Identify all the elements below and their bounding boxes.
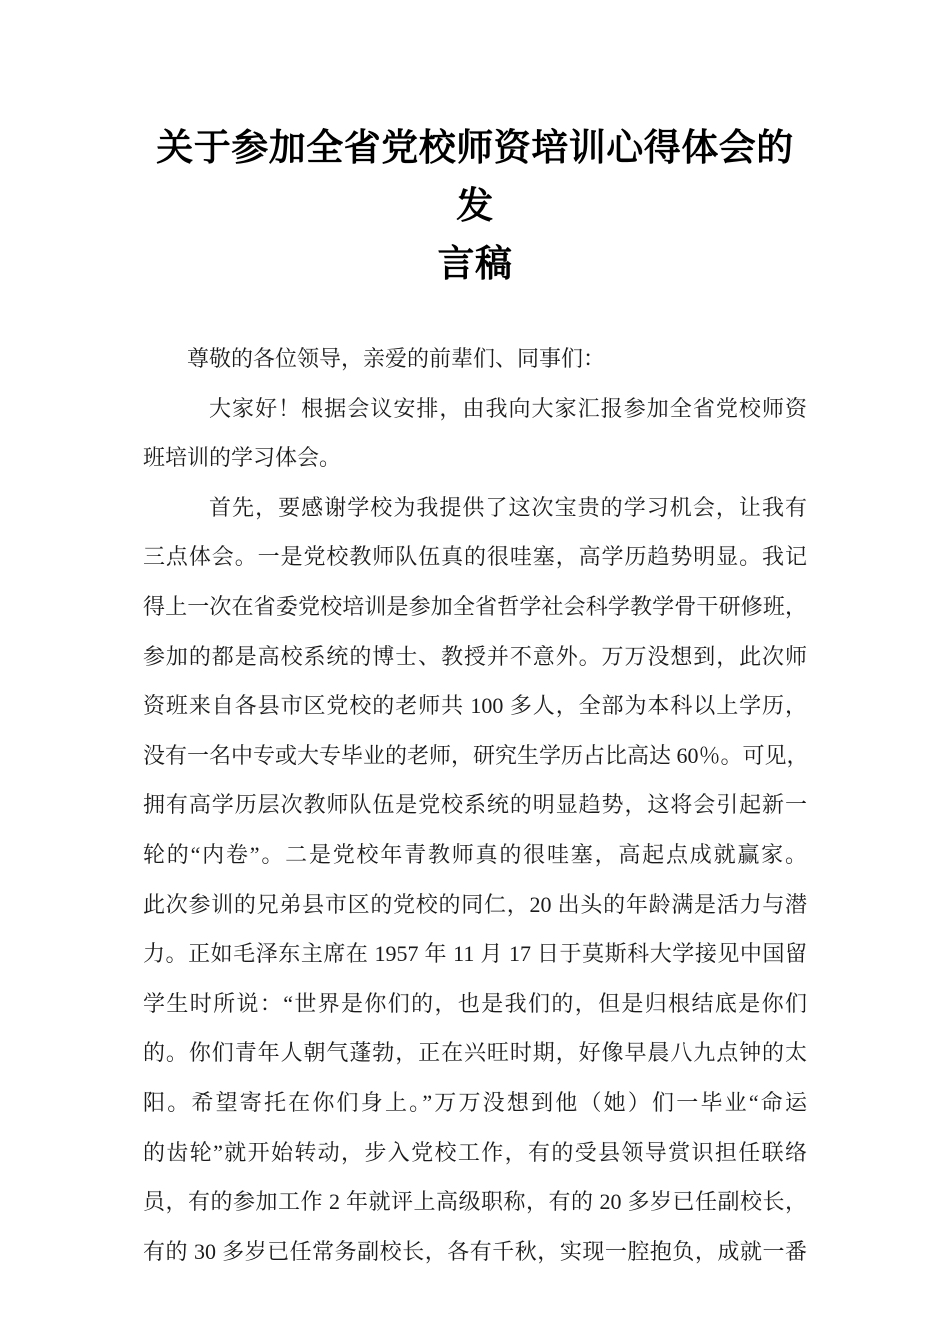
text-line: 班培训的学习体会。 — [143, 433, 807, 483]
text-line: 力。正如毛泽东主席在 1957 年 11 月 17 日于莫斯科大学接见中国留 — [143, 929, 807, 979]
document-page: 关于参加全省党校师资培训心得体会的发 言稿 尊敬的各位领导，亲爱的前辈们、同事们… — [0, 0, 950, 1344]
text-line: 员，有的参加工作 2 年就评上高级职称，有的 20 多岁已任副校长， — [143, 1177, 807, 1227]
text-line: 学生时所说：“世界是你们的，也是我们的，但是归根结底是你们 — [143, 979, 807, 1029]
document-title: 关于参加全省党校师资培训心得体会的发 言稿 — [0, 0, 950, 293]
paragraph-main: 首先，要感谢学校为我提供了这次宝贵的学习机会，让我有 三点体会。一是党校教师队伍… — [143, 483, 807, 1277]
text-line: 的。你们青年人朝气蓬勃，正在兴旺时期，好像早晨八九点钟的太 — [143, 1028, 807, 1078]
text-line: 拥有高学历层次教师队伍是党校系统的明显趋势，这将会引起新一 — [143, 780, 807, 830]
text-line: 首先，要感谢学校为我提供了这次宝贵的学习机会，让我有 — [143, 483, 807, 533]
text-line: 参加的都是高校系统的博士、教授并不意外。万万没想到，此次师 — [143, 632, 807, 682]
text-line: 资班来自各县市区党校的老师共 100 多人，全部为本科以上学历， — [143, 681, 807, 731]
document-title-line: 关于参加全省党校师资培训心得体会的发 — [143, 119, 807, 235]
document-body: 尊敬的各位领导，亲爱的前辈们、同事们： 大家好！根据会议安排，由我向大家汇报参加… — [143, 334, 807, 1276]
paragraph-intro: 大家好！根据会议安排，由我向大家汇报参加全省党校师资 班培训的学习体会。 — [143, 384, 807, 483]
text-line: 尊敬的各位领导，亲爱的前辈们、同事们： — [143, 334, 807, 384]
document-title-line: 言稿 — [143, 235, 807, 293]
text-line: 得上一次在省委党校培训是参加全省哲学社会科学教学骨干研修班， — [143, 582, 807, 632]
text-line: 阳。希望寄托在你们身上。”万万没想到他（她）们一毕业“命运 — [143, 1078, 807, 1128]
text-line: 三点体会。一是党校教师队伍真的很哇塞，高学历趋势明显。我记 — [143, 532, 807, 582]
text-line: 大家好！根据会议安排，由我向大家汇报参加全省党校师资 — [143, 384, 807, 434]
text-line: 的齿轮”就开始转动，步入党校工作，有的受县领导赏识担任联络 — [143, 1128, 807, 1178]
text-line: 没有一名中专或大专毕业的老师，研究生学历占比高达 60％。可见， — [143, 731, 807, 781]
text-line: 此次参训的兄弟县市区的党校的同仁，20 出头的年龄满是活力与潜 — [143, 880, 807, 930]
paragraph-salutation: 尊敬的各位领导，亲爱的前辈们、同事们： — [143, 334, 807, 384]
text-line: 轮的“内卷”。二是党校年青教师真的很哇塞，高起点成就赢家。 — [143, 830, 807, 880]
text-line: 有的 30 多岁已任常务副校长，各有千秋，实现一腔抱负，成就一番 — [143, 1227, 807, 1277]
